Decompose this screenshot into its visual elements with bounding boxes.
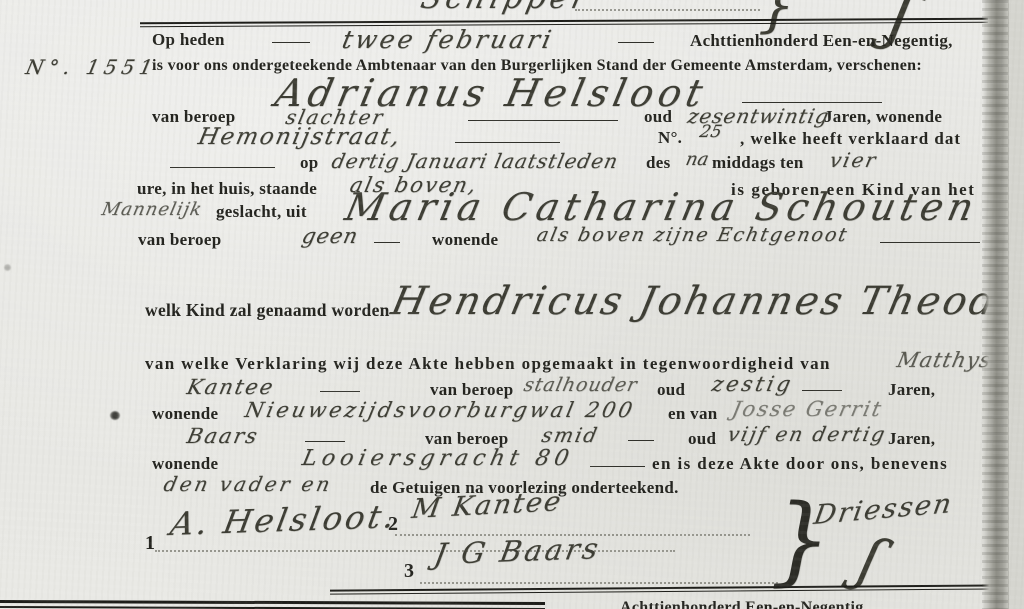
label-van-beroep-3: van beroep [430, 381, 513, 400]
official-signature-flourish: ʃ [852, 530, 889, 590]
bottom-double-rule-left [0, 600, 545, 609]
signature-number-3: 3 [404, 560, 414, 582]
previous-record-dotted-line [575, 9, 760, 11]
hand-witness2-address: Looiersgracht 80 [300, 448, 576, 470]
label-oud-1: oud [644, 108, 672, 127]
label-oud-3: oud [688, 430, 716, 449]
signature-dotted-line-3 [420, 582, 778, 584]
hand-mother-residence: als boven zijne Echtgenoot [535, 226, 850, 245]
official-signature: Driessen [812, 490, 955, 529]
blank-dash [320, 391, 360, 392]
birth-certificate-scan: Schipper } ʃ N°. 1551 Op heden twee febr… [0, 0, 1024, 609]
father-signature: A. Helsloot. [168, 500, 400, 540]
hand-mother-occupation: geen [300, 226, 360, 247]
label-op-heden: Op heden [152, 31, 225, 50]
signature-number-1: 1 [145, 532, 155, 554]
witness1-signature: M Kantee [410, 488, 564, 523]
label-jaren-wonende: Jaren, wonende [824, 108, 942, 127]
blank-dash [170, 167, 275, 168]
label-wonende-1: wonende [432, 231, 498, 250]
hand-witness2-age: vijf en dertig [726, 424, 888, 444]
label-op: op [300, 154, 319, 173]
hand-witness1-age: zestig [710, 374, 795, 395]
blank-dash [742, 102, 882, 103]
binding-shadow [982, 0, 1008, 609]
blank-dash [455, 142, 560, 143]
hand-witness1-first-name: Matthys [895, 350, 994, 371]
hand-birth-date: dertig Januari laatstleden [330, 151, 620, 171]
hand-house-number: 25 [698, 124, 723, 141]
next-record-clipped-text: Achttienhonderd Een-en-Negentig [560, 599, 1010, 609]
label-en-van: en van [668, 405, 718, 424]
blank-dash [305, 441, 345, 442]
label-no: N°. [658, 129, 682, 148]
blank-dash [272, 42, 310, 43]
label-jaren-1: Jaren, [888, 381, 935, 400]
blank-dash [618, 42, 654, 43]
blank-dash [374, 242, 400, 243]
label-oud-2: oud [657, 381, 685, 400]
label-declared: , welke heeft verklaard dat [740, 130, 961, 149]
label-ure-line: ure, in het huis, staande [137, 180, 317, 199]
hand-date: twee februari [340, 27, 556, 52]
label-year: Achttienhonderd Een-en-Negentig, [690, 32, 953, 51]
hand-daypart: na [684, 151, 710, 169]
label-witness-intro: van welke Verklaring wij deze Akte hebbe… [145, 355, 831, 374]
hand-father-street: Hemonijstraat, [196, 126, 404, 149]
previous-record-signature: Schipper [418, 0, 593, 14]
hand-child-name: Hendricus Johannes Theodorus [388, 282, 1024, 321]
hand-den-vader-en: den vader en [162, 474, 335, 494]
bottom-double-rule [330, 584, 1010, 594]
top-double-rule [140, 18, 988, 27]
hand-witness1-occupation: stalhouder [522, 376, 639, 395]
blank-dash [590, 466, 645, 467]
next-record-fragment: Achttienhonderd Een-en-Negentig [620, 599, 864, 609]
hand-mother-name: Maria Catharina Schouten [342, 188, 982, 226]
blank-dash [802, 390, 842, 391]
hand-witness2-first-name: Josse Gerrit [730, 399, 885, 420]
label-akte-door-ons: en is deze Akte door ons, benevens [652, 455, 948, 474]
label-geslacht-uit: geslacht, uit [216, 203, 307, 222]
record-number: N°. 1551 [24, 57, 159, 77]
label-van-beroep-2: van beroep [138, 231, 221, 250]
blank-dash [880, 242, 980, 243]
hand-witness2-last-name: Baars [185, 426, 261, 447]
label-middags-ten: middags ten [712, 154, 804, 173]
hand-witness1-last-name: Kantee [185, 377, 276, 398]
label-wonende-3: wonende [152, 455, 218, 474]
hand-gender: Mannelijk [100, 201, 204, 219]
label-child-name: welk Kind zal genaamd worden [145, 301, 390, 320]
ink-spot-faint [4, 264, 11, 271]
blank-dash [468, 120, 618, 121]
label-wonende-2: wonende [152, 405, 218, 424]
hand-witness2-occupation: smid [540, 425, 601, 445]
label-des: des [646, 154, 671, 173]
page-edge [1008, 0, 1024, 609]
blank-dash [628, 440, 654, 441]
label-jaren-2: Jaren, [888, 430, 935, 449]
hand-witness1-address: Nieuwezijdsvoorburgwal 200 [243, 400, 637, 421]
witness2-signature: J G Baars [432, 534, 603, 569]
signature-number-2: 2 [388, 513, 398, 535]
ink-spot [110, 411, 120, 420]
previous-record-brace: } [758, 0, 795, 34]
hand-birth-hour: vier [828, 150, 879, 170]
